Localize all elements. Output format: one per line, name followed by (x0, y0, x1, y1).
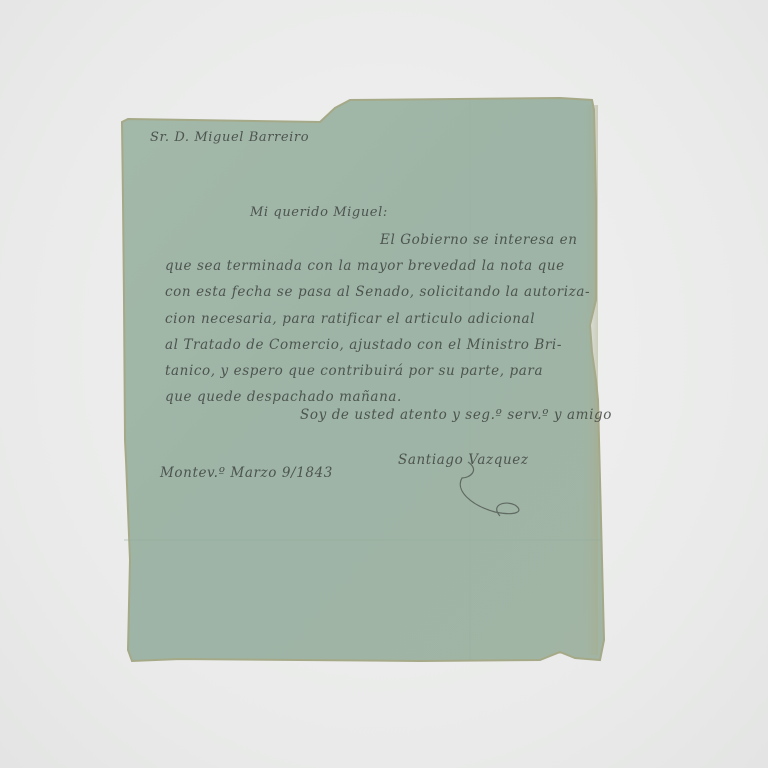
signature: Santiago Vazquez (398, 452, 529, 468)
body-line-3: con esta fecha se pasa al Senado, solici… (165, 284, 590, 300)
body-line-6: tanico, y espero que contribuirá por su … (165, 363, 543, 379)
body-line-1: El Gobierno se interesa en (380, 232, 578, 248)
closing-line: Soy de usted atento y seg.º serv.º y ami… (300, 407, 612, 423)
place-date-line: Montev.º Marzo 9/1843 (160, 465, 333, 481)
addressee-line: Sr. D. Miguel Barreiro (150, 130, 309, 145)
body-line-5: al Tratado de Comercio, ajustado con el … (165, 337, 562, 353)
greeting-line: Mi querido Miguel: (250, 205, 388, 220)
letter-paper (0, 0, 768, 768)
body-line-4: cion necesaria, para ratificar el articu… (165, 311, 535, 327)
body-line-2: que sea terminada con la mayor brevedad … (165, 258, 565, 274)
body-line-7: que quede despachado mañana. (165, 389, 402, 405)
photo-background: Sr. D. Miguel Barreiro Mi querido Miguel… (0, 0, 768, 768)
